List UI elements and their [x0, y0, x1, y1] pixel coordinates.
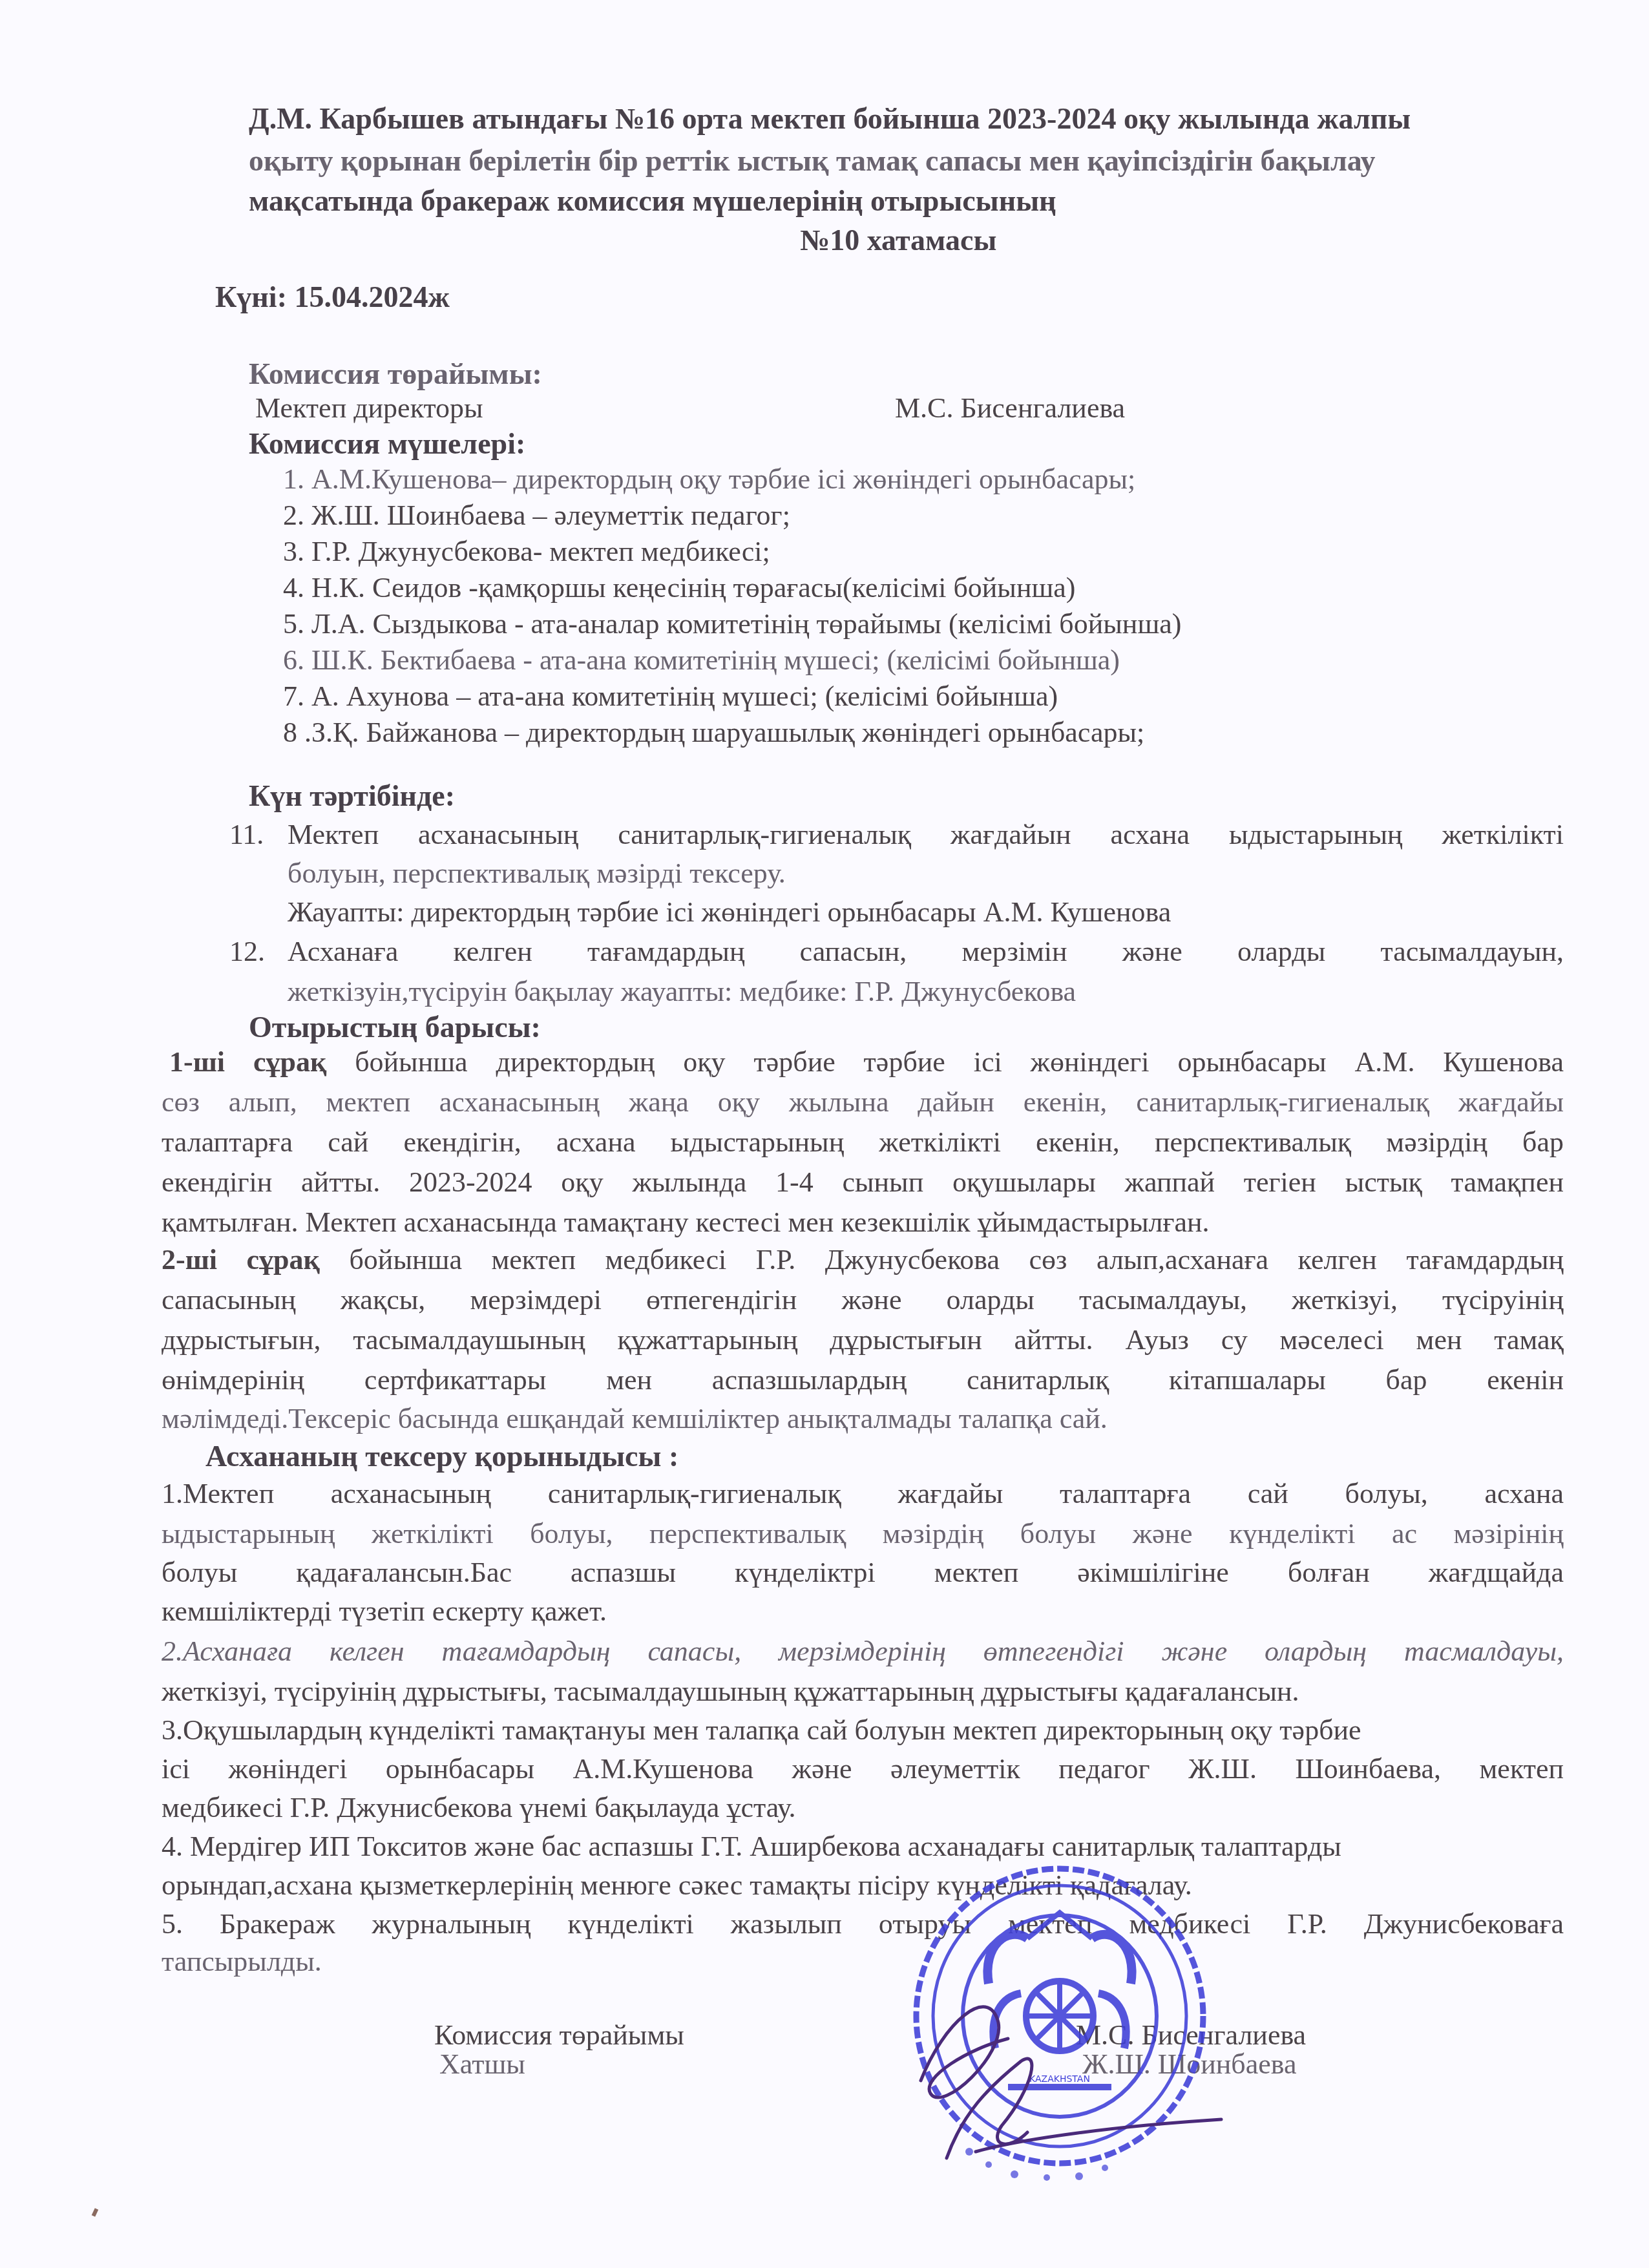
q2-line: дұрыстығын, тасымалдаушының құжаттарының…	[162, 1321, 1564, 1360]
q1-line: 1-ші сұрақ бойынша директордың оқу тәрби…	[169, 1043, 1564, 1082]
official-stamp: KAZAKHSTAN	[859, 1854, 1325, 2216]
stamp-center-text: KAZAKHSTAN	[1029, 2074, 1090, 2084]
agenda-heading: Күн тәртібінде:	[249, 775, 455, 817]
conclusion-line: болуы қадағалансын.Бас аспазшы күнделікт…	[162, 1553, 1564, 1592]
scan-speck	[92, 2208, 99, 2216]
conclusion-line: тапсырылды.	[162, 1942, 322, 1981]
q1-line: қамтылған. Мектеп асханасында тамақтану …	[162, 1203, 1210, 1242]
title-line-2: оқыту қорынан берілетін бір реттік ыстық…	[249, 140, 1375, 182]
chair-role: Мектеп директоры	[255, 389, 483, 428]
member-item: 3. Г.Р. Джунусбекова- мектеп медбикесі;	[283, 532, 770, 571]
member-item: 6. Ш.К. Бектибаева - ата-ана комитетінің…	[283, 641, 1120, 680]
scanned-page: Д.М. Карбышев атындағы №16 орта мектеп б…	[0, 0, 1649, 2268]
conclusion-line: жеткізуі, түсіруінің дұрыстығы, тасымалд…	[162, 1672, 1299, 1711]
agenda-line: Мектеп асханасының санитарлық-гигиеналық…	[288, 815, 1564, 854]
agenda-number: 12.	[229, 932, 265, 971]
proceedings-heading: Отырыстың барысы:	[249, 1007, 541, 1048]
q2-line: сапасының жақсы, мерзімдері өтпегендігін…	[162, 1281, 1564, 1319]
q2-line: мәлімдеді.Тексеріс басында ешқандай кемш…	[162, 1400, 1108, 1438]
conclusion-line: 1.Мектеп асханасының санитарлық-гигиенал…	[162, 1475, 1564, 1513]
member-item: 4. Н.К. Сеидов -қамқоршы кеңесінің төрағ…	[283, 569, 1076, 607]
q1-label: 1-ші сұрақ	[169, 1046, 326, 1078]
member-item: 7. А. Ахунова – ата-ана комитетінің мүше…	[283, 677, 1058, 716]
member-item: 2. Ж.Ш. Шоинбаева – әлеуметтік педагог;	[283, 496, 790, 535]
agenda-line: болуын, перспективалық мәзірді тексеру.	[288, 854, 786, 893]
agenda-responsible: жеткізуін,түсіруін бақылау жауапты: медб…	[288, 972, 1076, 1011]
agenda-number: 11.	[229, 815, 264, 854]
q2-line: өнімдерінің сертфикаттары мен аспазшылар…	[162, 1361, 1564, 1400]
member-item: 5. Л.А. Сыздыкова - ата-аналар комитетін…	[283, 605, 1181, 644]
q1-line: екендігін айтты. 2023-2024 оқу жылында 1…	[162, 1163, 1564, 1202]
conclusion-line: медбикесі Г.Р. Джунисбекова үнемі бақыла…	[162, 1789, 796, 1827]
meeting-date: Күні: 15.04.2024ж	[215, 277, 450, 318]
conclusion-line: 3.Оқушылардың күнделікті тамақтануы мен …	[162, 1711, 1361, 1750]
title-line-3: мақсатында бракераж комиссия мүшелерінің…	[249, 180, 1056, 222]
members-heading: Комиссия мүшелері:	[249, 423, 525, 465]
protocol-number: №10 хатамасы	[800, 220, 996, 261]
stamp-seal-icon: KAZAKHSTAN	[859, 1854, 1325, 2216]
member-item: 1. А.М.Кушенова– директордың оқу тәрбие …	[283, 460, 1135, 499]
chair-name: М.С. Бисенгалиева	[895, 389, 1125, 428]
agenda-line: Асханаға келген тағамдардың сапасын, мер…	[288, 932, 1564, 971]
title-line-1: Д.М. Карбышев атындағы №16 орта мектеп б…	[249, 98, 1411, 140]
q2-line: 2-ші сұрақ бойынша мектеп медбикесі Г.Р.…	[162, 1241, 1564, 1279]
q2-label: 2-ші сұрақ	[162, 1244, 320, 1276]
conclusion-line: кемшіліктерді түзетіп ескерту қажет.	[162, 1592, 607, 1631]
q1-line: сөз алып, мектеп асханасының жаңа оқу жы…	[162, 1083, 1564, 1122]
agenda-responsible: Жауапты: директордың тәрбие ісі жөніндег…	[288, 893, 1171, 932]
conclusion-line: ыдыстарының жеткілікті болуы, перспектив…	[162, 1515, 1564, 1553]
signature-role: Хатшы	[439, 2045, 525, 2084]
conclusion-line: ісі жөніндегі орынбасары А.М.Кушенова жә…	[162, 1750, 1564, 1789]
q1-line: талаптарға сай екендігін, асхана ыдыстар…	[162, 1123, 1564, 1162]
member-item: 8 .З.Қ. Байжанова – директордың шаруашыл…	[283, 713, 1144, 752]
conclusion-line: 2.Асханаға келген тағамдардың сапасы, ме…	[162, 1632, 1564, 1671]
conclusion-heading: Асхананың тексеру қорыныдысы :	[205, 1436, 678, 1477]
